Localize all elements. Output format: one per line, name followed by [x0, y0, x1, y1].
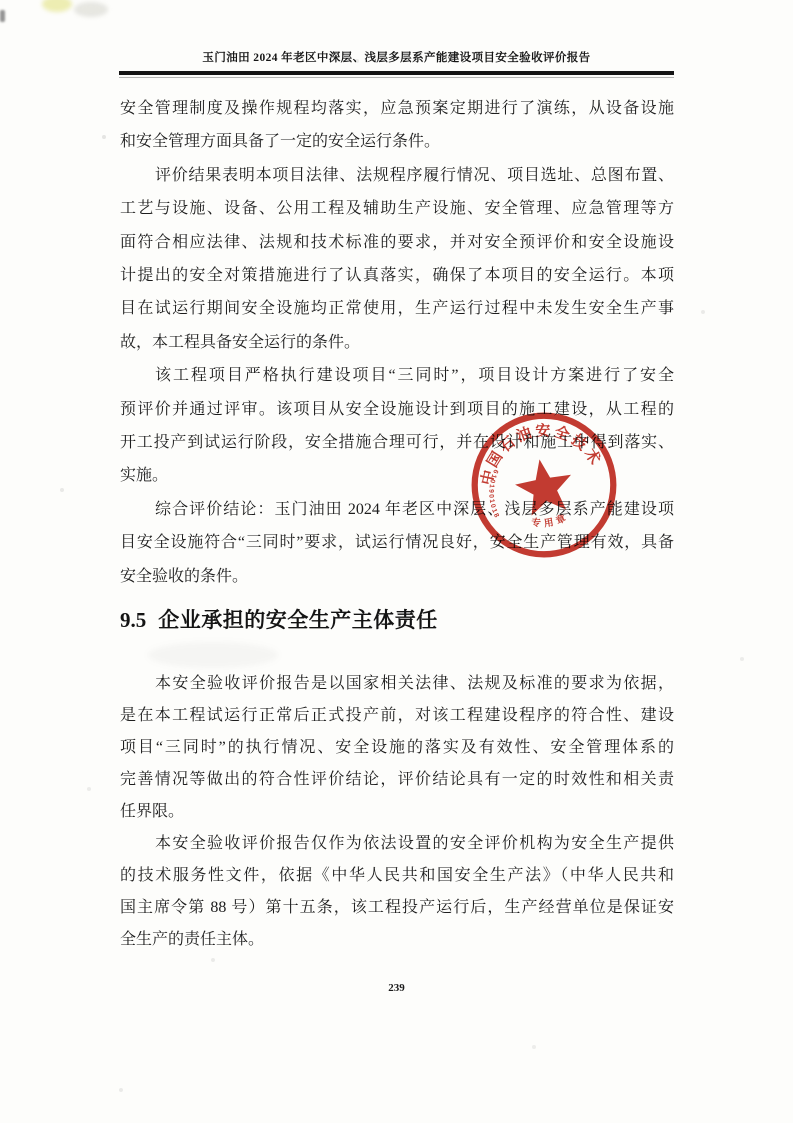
text-line: 计提出的安全对策措施进行了认真落实，确保了本项目的安全运行。本项: [120, 259, 674, 292]
text-line: 全生产的责任主体。: [120, 924, 674, 956]
text-line: 完善情况等做出的符合性评价结论，评价结论具有一定的时效性和相关责: [120, 764, 674, 796]
scan-artifact-edge: [0, 10, 5, 22]
text-line: 评价结果表明本项目法律、法规程序履行情况、项目选址、总图布置、: [120, 159, 674, 192]
scan-artifact-gray: [74, 2, 108, 17]
scan-artifact-yellow: [42, 0, 72, 12]
text-line: 面符合相应法律、法规和技术标准的要求，并对安全预评价和安全设施设: [120, 226, 674, 259]
text-line: 本安全验收评价报告是以国家相关法律、法规及标准的要求为依据，: [120, 668, 674, 700]
text-line: 的技术服务性文件，依据《中华人民共和国安全生产法》（中华人民共和: [120, 860, 674, 892]
section-heading: 9.5企业承担的安全生产主体责任: [120, 604, 438, 634]
text-line: 任界限。: [120, 796, 674, 828]
text-line: 工艺与设施、设备、公用工程及辅助生产设施、安全管理、应急管理等方: [120, 192, 674, 225]
paragraph: 本安全验收评价报告仅作为依法设置的安全评价机构为安全生产提供的技术服务性文件，依…: [120, 828, 674, 956]
document-page: 玉门油田 2024 年老区中深层、浅层多层系产能建设项目安全验收评价报告 安全管…: [0, 0, 793, 1123]
text-line: 国主席令第 88 号）第十五条，该工程投产运行后，生产经营单位是保证安: [120, 892, 674, 924]
seal-graphic: 中国石油安全技术 6101901018 专用章: [455, 396, 633, 574]
section-heading-title: 企业承担的安全生产主体责任: [158, 608, 438, 632]
svg-text:专用章: 专用章: [529, 510, 572, 532]
company-seal-stamp: 中国石油安全技术 6101901018 专用章: [455, 396, 633, 574]
scan-noise: [0, 0, 2, 2]
section-enterprise-responsibility: 本安全验收评价报告是以国家相关法律、法规及标准的要求为依据，是在本工程试运行正常…: [120, 668, 674, 956]
header-rule-thin: [119, 77, 674, 78]
page-number: 239: [0, 982, 793, 994]
paragraph: 评价结果表明本项目法律、法规程序履行情况、项目选址、总图布置、工艺与设施、设备、…: [120, 159, 674, 359]
running-header-title: 玉门油田 2024 年老区中深层、浅层多层系产能建设项目安全验收评价报告: [0, 49, 793, 65]
paragraph: 本安全验收评价报告是以国家相关法律、法规及标准的要求为依据，是在本工程试运行正常…: [120, 668, 674, 828]
text-line: 目在试运行期间安全设施均正常使用，生产运行过程中未发生安全生产事: [120, 292, 674, 325]
scan-artifact-ghost: [148, 642, 278, 668]
text-line: 该工程项目严格执行建设项目“三同时”，项目设计方案进行了安全: [120, 359, 674, 392]
seal-star-icon: [512, 454, 577, 517]
text-line: 安全管理制度及操作规程均落实，应急预案定期进行了演练，从设备设施: [120, 92, 674, 125]
text-line: 是在本工程试运行正常后正式投产前，对该工程建设程序的符合性、建设: [120, 700, 674, 732]
section-heading-number: 9.5: [120, 608, 146, 632]
text-line: 安全验收的条件。: [120, 560, 674, 593]
text-line: 本安全验收评价报告仅作为依法设置的安全评价机构为安全生产提供: [120, 828, 674, 860]
seal-bottom-text: 专用章: [529, 510, 572, 532]
paragraph: 安全管理制度及操作规程均落实，应急预案定期进行了演练，从设备设施和安全管理方面具…: [120, 92, 674, 159]
text-line: 故，本工程具备安全运行的条件。: [120, 326, 674, 359]
text-line: 和安全管理方面具备了一定的安全运行条件。: [120, 125, 674, 158]
header-rule: [119, 71, 674, 75]
text-line: 项目“三同时”的执行情况、安全设施的落实及有效性、安全管理体系的: [120, 732, 674, 764]
